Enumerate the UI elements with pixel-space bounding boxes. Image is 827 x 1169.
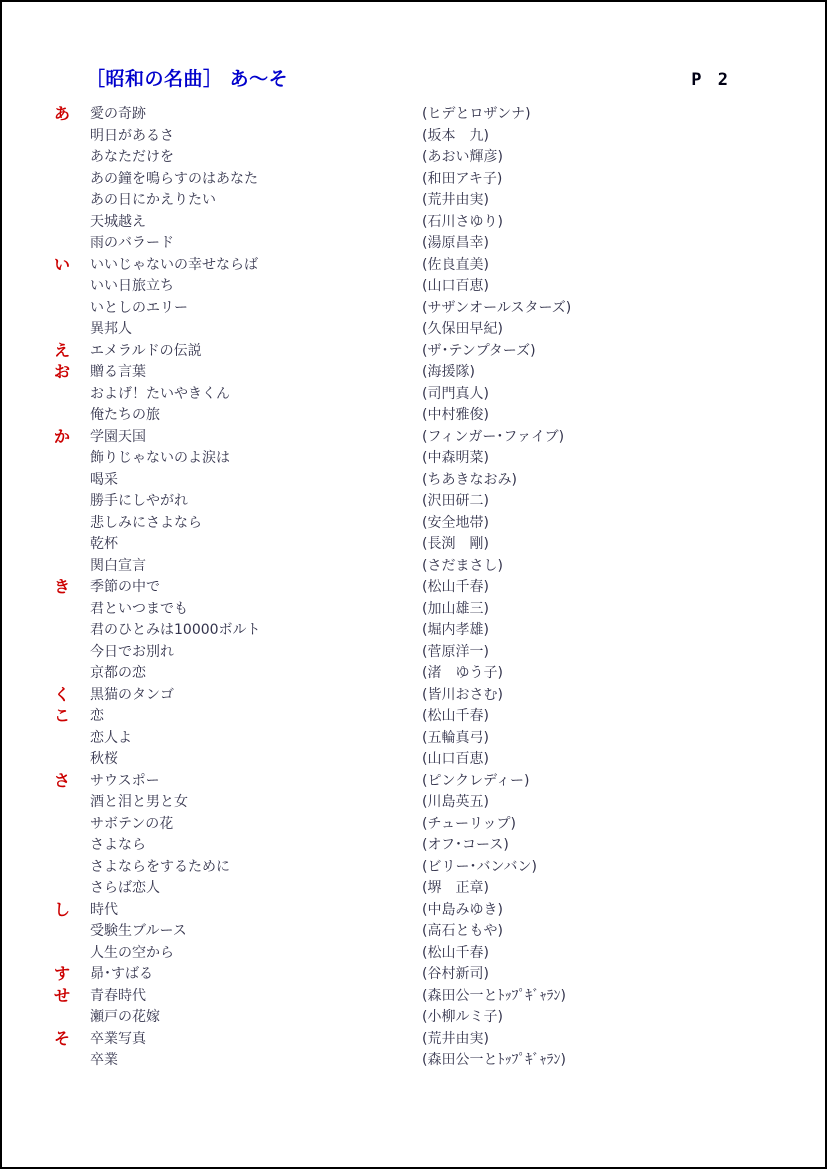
index-kana: [54, 943, 90, 965]
index-kana: [54, 276, 90, 298]
song-row: 勝手にしやがれ(沢田研二): [54, 491, 825, 513]
song-title: いとしのエリー: [90, 298, 422, 320]
song-row: 俺たちの旅(中村雅俊): [54, 405, 825, 427]
index-kana: [54, 857, 90, 879]
song-title: 飾りじゃないのよ涙は: [90, 448, 422, 470]
song-title: 贈る言葉: [90, 362, 422, 384]
index-kana: す: [54, 964, 90, 986]
artist-name: (中島みゆき): [422, 900, 825, 922]
song-row: か学園天国(フィンガー･ファイブ): [54, 427, 825, 449]
artist-name: (谷村新司): [422, 964, 825, 986]
artist-name: (松山千春): [422, 943, 825, 965]
song-row: 今日でお別れ(菅原洋一): [54, 642, 825, 664]
song-title: いいじゃないの幸せならば: [90, 255, 422, 277]
index-kana: あ: [54, 104, 90, 126]
index-kana: [54, 749, 90, 771]
song-title: 明日があるさ: [90, 126, 422, 148]
index-kana: せ: [54, 986, 90, 1008]
song-row: す昴･すばる(谷村新司): [54, 964, 825, 986]
song-title: 天城越え: [90, 212, 422, 234]
song-title: 雨のバラード: [90, 233, 422, 255]
song-row: あ愛の奇跡(ヒデとロザンナ): [54, 104, 825, 126]
page-header: ［昭和の名曲］ あ～そ P 2: [2, 2, 825, 91]
index-kana: [54, 513, 90, 535]
song-list: あ愛の奇跡(ヒデとロザンナ)明日があるさ(坂本 九)あなただけを(あおい輝彦)あ…: [2, 104, 825, 1072]
song-title: 時代: [90, 900, 422, 922]
index-kana: [54, 190, 90, 212]
index-kana: さ: [54, 771, 90, 793]
index-kana: [54, 319, 90, 341]
artist-name: (坂本 九): [422, 126, 825, 148]
index-kana: お: [54, 362, 90, 384]
song-title: 君のひとみは10000ボルト: [90, 620, 422, 642]
song-row: 君といつまでも(加山雄三): [54, 599, 825, 621]
song-title: 受験生ブルース: [90, 921, 422, 943]
index-kana: [54, 491, 90, 513]
song-title: 京都の恋: [90, 663, 422, 685]
song-title: 乾杯: [90, 534, 422, 556]
song-row: せ青春時代(森田公一とﾄｯﾌﾟｷﾞｬﾗﾝ): [54, 986, 825, 1008]
song-title: あの鐘を鳴らすのはあなた: [90, 169, 422, 191]
song-row: えエメラルドの伝説(ザ･テンプターズ): [54, 341, 825, 363]
song-row: 酒と泪と男と女(川島英五): [54, 792, 825, 814]
index-kana: [54, 599, 90, 621]
song-row: 喝采(ちあきなおみ): [54, 470, 825, 492]
index-kana: [54, 212, 90, 234]
index-kana: [54, 1050, 90, 1072]
song-row: 天城越え(石川さゆり): [54, 212, 825, 234]
song-title: サウスポー: [90, 771, 422, 793]
song-row: こ恋(松山千春): [54, 706, 825, 728]
artist-name: (和田アキ子): [422, 169, 825, 191]
song-row: 雨のバラード(湯原昌幸): [54, 233, 825, 255]
song-title: さよなら: [90, 835, 422, 857]
song-title: 勝手にしやがれ: [90, 491, 422, 513]
artist-name: (松山千春): [422, 706, 825, 728]
artist-name: (川島英五): [422, 792, 825, 814]
song-title: 瀬戸の花嫁: [90, 1007, 422, 1029]
song-row: お贈る言葉(海援隊): [54, 362, 825, 384]
song-row: いいいじゃないの幸せならば(佐良直美): [54, 255, 825, 277]
song-row: 受験生ブルース(高石ともや): [54, 921, 825, 943]
index-kana: え: [54, 341, 90, 363]
artist-name: (ザ･テンプターズ): [422, 341, 825, 363]
song-title: 学園天国: [90, 427, 422, 449]
artist-name: (佐良直美): [422, 255, 825, 277]
index-kana: [54, 147, 90, 169]
song-title: およげ！たいやきくん: [90, 384, 422, 406]
artist-name: (チューリップ): [422, 814, 825, 836]
index-kana: [54, 620, 90, 642]
song-title: いい日旅立ち: [90, 276, 422, 298]
index-kana: [54, 792, 90, 814]
artist-name: (高石ともや): [422, 921, 825, 943]
song-title: 酒と泪と男と女: [90, 792, 422, 814]
song-row: さらば恋人(堺 正章): [54, 878, 825, 900]
song-title: 昴･すばる: [90, 964, 422, 986]
song-row: 卒業(森田公一とﾄｯﾌﾟｷﾞｬﾗﾝ): [54, 1050, 825, 1072]
index-kana: い: [54, 255, 90, 277]
artist-name: (荒井由実): [422, 1029, 825, 1051]
song-title: 今日でお別れ: [90, 642, 422, 664]
song-title: あなただけを: [90, 147, 422, 169]
index-kana: か: [54, 427, 90, 449]
song-row: 悲しみにさよなら(安全地帯): [54, 513, 825, 535]
index-kana: し: [54, 900, 90, 922]
index-kana: [54, 728, 90, 750]
song-title: さよならをするために: [90, 857, 422, 879]
artist-name: (石川さゆり): [422, 212, 825, 234]
song-title: 恋: [90, 706, 422, 728]
artist-name: (司門真人): [422, 384, 825, 406]
artist-name: (中村雅俊): [422, 405, 825, 427]
song-row: 人生の空から(松山千春): [54, 943, 825, 965]
song-title: 卒業写真: [90, 1029, 422, 1051]
artist-name: (沢田研二): [422, 491, 825, 513]
song-row: いい日旅立ち(山口百恵): [54, 276, 825, 298]
artist-name: (長渕 剛): [422, 534, 825, 556]
artist-name: (フィンガー･ファイブ): [422, 427, 825, 449]
song-row: し時代(中島みゆき): [54, 900, 825, 922]
index-kana: [54, 534, 90, 556]
index-kana: [54, 384, 90, 406]
artist-name: (加山雄三): [422, 599, 825, 621]
song-row: 関白宣言(さだまさし): [54, 556, 825, 578]
song-row: 飾りじゃないのよ涙は(中森明菜): [54, 448, 825, 470]
song-title: あの日にかえりたい: [90, 190, 422, 212]
song-title: 人生の空から: [90, 943, 422, 965]
index-kana: そ: [54, 1029, 90, 1051]
artist-name: (久保田早紀): [422, 319, 825, 341]
artist-name: (さだまさし): [422, 556, 825, 578]
song-title: 黒猫のタンゴ: [90, 685, 422, 707]
index-kana: [54, 470, 90, 492]
index-kana: き: [54, 577, 90, 599]
index-kana: [54, 298, 90, 320]
song-title: 悲しみにさよなら: [90, 513, 422, 535]
song-row: 明日があるさ(坂本 九): [54, 126, 825, 148]
artist-name: (堀内孝雄): [422, 620, 825, 642]
song-row: き季節の中で(松山千春): [54, 577, 825, 599]
index-kana: [54, 233, 90, 255]
artist-name: (渚 ゆう子): [422, 663, 825, 685]
song-title: 愛の奇跡: [90, 104, 422, 126]
index-kana: [54, 835, 90, 857]
artist-name: (五輪真弓): [422, 728, 825, 750]
artist-name: (オフ･コース): [422, 835, 825, 857]
index-kana: [54, 878, 90, 900]
artist-name: (サザンオールスターズ): [422, 298, 825, 320]
artist-name: (松山千春): [422, 577, 825, 599]
song-title: 喝采: [90, 470, 422, 492]
song-row: さよならをするために(ビリー･バンバン): [54, 857, 825, 879]
song-title: さらば恋人: [90, 878, 422, 900]
index-kana: [54, 126, 90, 148]
song-row: 恋人よ(五輪真弓): [54, 728, 825, 750]
song-row: さよなら(オフ･コース): [54, 835, 825, 857]
artist-name: (ビリー･バンバン): [422, 857, 825, 879]
index-kana: [54, 556, 90, 578]
song-title: 君といつまでも: [90, 599, 422, 621]
song-row: 秋桜(山口百恵): [54, 749, 825, 771]
song-row: く黒猫のタンゴ(皆川おさむ): [54, 685, 825, 707]
song-title: 恋人よ: [90, 728, 422, 750]
artist-name: (海援隊): [422, 362, 825, 384]
index-kana: こ: [54, 706, 90, 728]
index-kana: [54, 642, 90, 664]
artist-name: (荒井由実): [422, 190, 825, 212]
song-row: あなただけを(あおい輝彦): [54, 147, 825, 169]
artist-name: (堺 正章): [422, 878, 825, 900]
song-row: サボテンの花(チューリップ): [54, 814, 825, 836]
page-number: P 2: [691, 70, 731, 90]
artist-name: (菅原洋一): [422, 642, 825, 664]
index-kana: [54, 814, 90, 836]
song-row: いとしのエリー(サザンオールスターズ): [54, 298, 825, 320]
document-page: ［昭和の名曲］ あ～そ P 2 あ愛の奇跡(ヒデとロザンナ)明日があるさ(坂本 …: [0, 0, 827, 1169]
song-title: 季節の中で: [90, 577, 422, 599]
artist-name: (あおい輝彦): [422, 147, 825, 169]
song-title: 卒業: [90, 1050, 422, 1072]
artist-name: (ちあきなおみ): [422, 470, 825, 492]
song-title: 関白宣言: [90, 556, 422, 578]
song-title: エメラルドの伝説: [90, 341, 422, 363]
artist-name: (ヒデとロザンナ): [422, 104, 825, 126]
index-kana: [54, 169, 90, 191]
artist-name: (ピンクレディー): [422, 771, 825, 793]
index-kana: [54, 405, 90, 427]
artist-name: (湯原昌幸): [422, 233, 825, 255]
artist-name: (森田公一とﾄｯﾌﾟｷﾞｬﾗﾝ): [422, 986, 825, 1008]
index-kana: [54, 663, 90, 685]
song-row: 瀬戸の花嫁(小柳ルミ子): [54, 1007, 825, 1029]
song-row: さサウスポー(ピンクレディー): [54, 771, 825, 793]
song-row: 京都の恋(渚 ゆう子): [54, 663, 825, 685]
index-kana: [54, 448, 90, 470]
index-kana: く: [54, 685, 90, 707]
song-title: 異邦人: [90, 319, 422, 341]
index-kana: [54, 921, 90, 943]
song-row: あの鐘を鳴らすのはあなた(和田アキ子): [54, 169, 825, 191]
song-title: サボテンの花: [90, 814, 422, 836]
index-kana: [54, 1007, 90, 1029]
song-row: あの日にかえりたい(荒井由実): [54, 190, 825, 212]
artist-name: (山口百恵): [422, 276, 825, 298]
page-title: ［昭和の名曲］ あ～そ: [86, 64, 288, 91]
song-row: およげ！たいやきくん(司門真人): [54, 384, 825, 406]
song-title: 俺たちの旅: [90, 405, 422, 427]
song-row: 君のひとみは10000ボルト(堀内孝雄): [54, 620, 825, 642]
artist-name: (安全地帯): [422, 513, 825, 535]
song-title: 秋桜: [90, 749, 422, 771]
artist-name: (森田公一とﾄｯﾌﾟｷﾞｬﾗﾝ): [422, 1050, 825, 1072]
artist-name: (山口百恵): [422, 749, 825, 771]
artist-name: (小柳ルミ子): [422, 1007, 825, 1029]
song-row: 異邦人(久保田早紀): [54, 319, 825, 341]
song-row: 乾杯(長渕 剛): [54, 534, 825, 556]
song-title: 青春時代: [90, 986, 422, 1008]
song-row: そ卒業写真(荒井由実): [54, 1029, 825, 1051]
artist-name: (中森明菜): [422, 448, 825, 470]
artist-name: (皆川おさむ): [422, 685, 825, 707]
